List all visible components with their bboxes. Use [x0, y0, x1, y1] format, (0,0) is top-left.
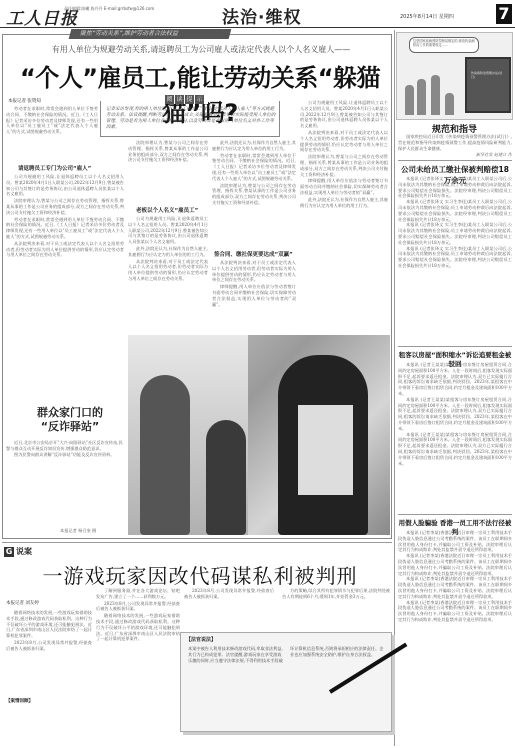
article-column-2: 法院审理认为,曾某与公司之间存在劳动管理、指挥关系,曾某从事的工作是公司业务的组…	[128, 140, 208, 204]
issue-date: 2025年8月14日 星期四	[400, 13, 454, 20]
case-column-3: 2023年8月,公司发现异常并报警,经侦查后被告人被抓获归案。	[184, 588, 274, 628]
article-column-2b: 公司为规避用工风险,让退休返聘员工以个人名义招用人员。曾某2020年4月1日入职…	[128, 216, 208, 332]
article-column-4: 公司为规避用工风险,让退休返聘员工以个人名义招用人员。曾某2020年4月1日入职…	[300, 100, 388, 332]
speech-bubble: 这是国家疾病预防控制局制定的,规范传染病防治工作的重要规定……	[409, 37, 479, 53]
photo-credit: 本报记者 杨召奎 摄	[60, 528, 96, 534]
article-column-3b: 从法院判决来看,对于员工或法定代表人以个人名义招用劳动者,但劳动者实际为用人单位…	[212, 260, 296, 332]
sidebar-guide-credit: 新华社发 赵建立 作	[398, 152, 512, 158]
divider	[2, 542, 392, 543]
editor-info: 责任编辑:陈曦 陈丹丹 E-mail:grrbsfw@126.com	[64, 6, 154, 11]
photo-person-girl	[206, 420, 246, 535]
article-column-1: 劳动者在求职时,常常会遇到用人单位不签劳动合同、不缴纳社会保险的情况。近日,《工…	[6, 106, 98, 160]
figure-person	[405, 85, 414, 115]
section-title: 法治·维权	[222, 3, 301, 28]
column-divider	[394, 30, 395, 746]
case-headline: 一游戏玩家因改代码谋私利被判刑	[30, 560, 370, 589]
photo-caption-text: 近日,北京市公安局京开“大兴·向阳驿站”社区反诈宣传站,民警与群众互动开展反诈知…	[6, 440, 124, 457]
photo-caption-title: 群众家门口的 “反诈驿站”	[30, 406, 110, 434]
case-section-tag: G说案	[4, 546, 32, 557]
case-column-2: 了解到服务器,并在各大游戏论坛、贴吧发布广告,建立了一个……获利数万元。2023…	[96, 588, 180, 746]
case-column-4: 方的策略,综合其所有犯罪情节与犯罪后果,法院判处被告人有期徒刑6个月,缓刑1年,…	[282, 588, 390, 628]
subhead-2: 老板以个人名义“雇员工”	[136, 206, 198, 214]
masthead: 工人日报 责任编辑:陈曦 陈丹丹 E-mail:grrbsfw@126.com …	[0, 0, 515, 28]
sidebar-article-1-body: 本报讯 (记者张译文 实习生李佳)某员工入职某公司后,公司未依法为其缴纳社会保险…	[398, 176, 512, 346]
sidebar-article-2-body: 本报讯 (记者王某某)某租客与房东签订房屋租赁合同,合同约定房屋面积100平方米…	[398, 362, 512, 512]
case-byline: 本报记者 刘友婷	[6, 600, 39, 606]
sidebar-illustration: 这是国家疾病预防控制局制定的,规范传染病防治工作的重要规定…… 传染病防治管理办…	[396, 32, 513, 120]
photo-person-boy	[140, 375, 190, 535]
topic-banner: 聚焦“劳动关系”,维护劳动者合法权益	[69, 29, 232, 39]
photo-officer-shirt	[298, 405, 353, 495]
sidebar-guide-text: 国家疾控局近日印发《传染病疫情预警管理办法(试行)》,旨在规范和指导传染病疫情预…	[398, 134, 512, 154]
article-column-3: 此外,法院还认为,社保作为自然人雇主,其雇佣行为应认定为用人单位的用工行为。劳动…	[212, 140, 296, 246]
divider	[398, 514, 512, 515]
judge-commentary-text: 本案中被告人利用技术修改游戏代码,牟取非法利益,其行为已构成犯罪。法官提醒,游戏…	[188, 646, 386, 664]
subhead-3: 签合同、缴社保更要达成“双赢”	[214, 250, 293, 258]
figure-person	[445, 93, 454, 115]
page-number: 7	[496, 4, 512, 24]
figure-person	[417, 79, 426, 115]
news-photo	[128, 335, 390, 535]
divider	[398, 160, 512, 161]
reading-tips-title: 阅读提示	[162, 95, 208, 104]
figure-person	[431, 75, 440, 115]
case-column-1: 随着网络技术的发展,一些游戏玩家借助技术手段,通过修改游戏代码获取私利。这种行为…	[6, 610, 92, 746]
reading-tips-text: 记者采访发现,有的用人单位通过让“员工雇员工”或“法定代表人个人雇人”等方式规避…	[106, 107, 276, 131]
article-kicker: 有用人单位为规避劳动关系,请返聘员工为公司雇人或法定代表人以个人名义雇人——	[36, 44, 366, 55]
judge-commentary-title: 【法官说法】	[186, 636, 216, 643]
divider	[398, 346, 512, 347]
case-subhead: 【案情回顾】	[6, 698, 33, 704]
case-tag-icon: G	[4, 547, 14, 557]
regulation-book: 传染病防治管理办法(试行)	[465, 57, 511, 113]
article-column-1b: 公司为规避用工风险,让退休返聘员工以个人名义招用人员。曾某2020年4月1日入职…	[6, 174, 124, 400]
subhead-1: 请返聘员工专门为公司“雇人”	[18, 164, 91, 172]
article-byline: 本报记者 张资知	[8, 98, 41, 104]
sidebar-article-3-body: 本报讯 (记者李某)香港法院近日审理一宗员工利用技术手段伪造人脸信息通过公司考勤…	[398, 530, 512, 745]
